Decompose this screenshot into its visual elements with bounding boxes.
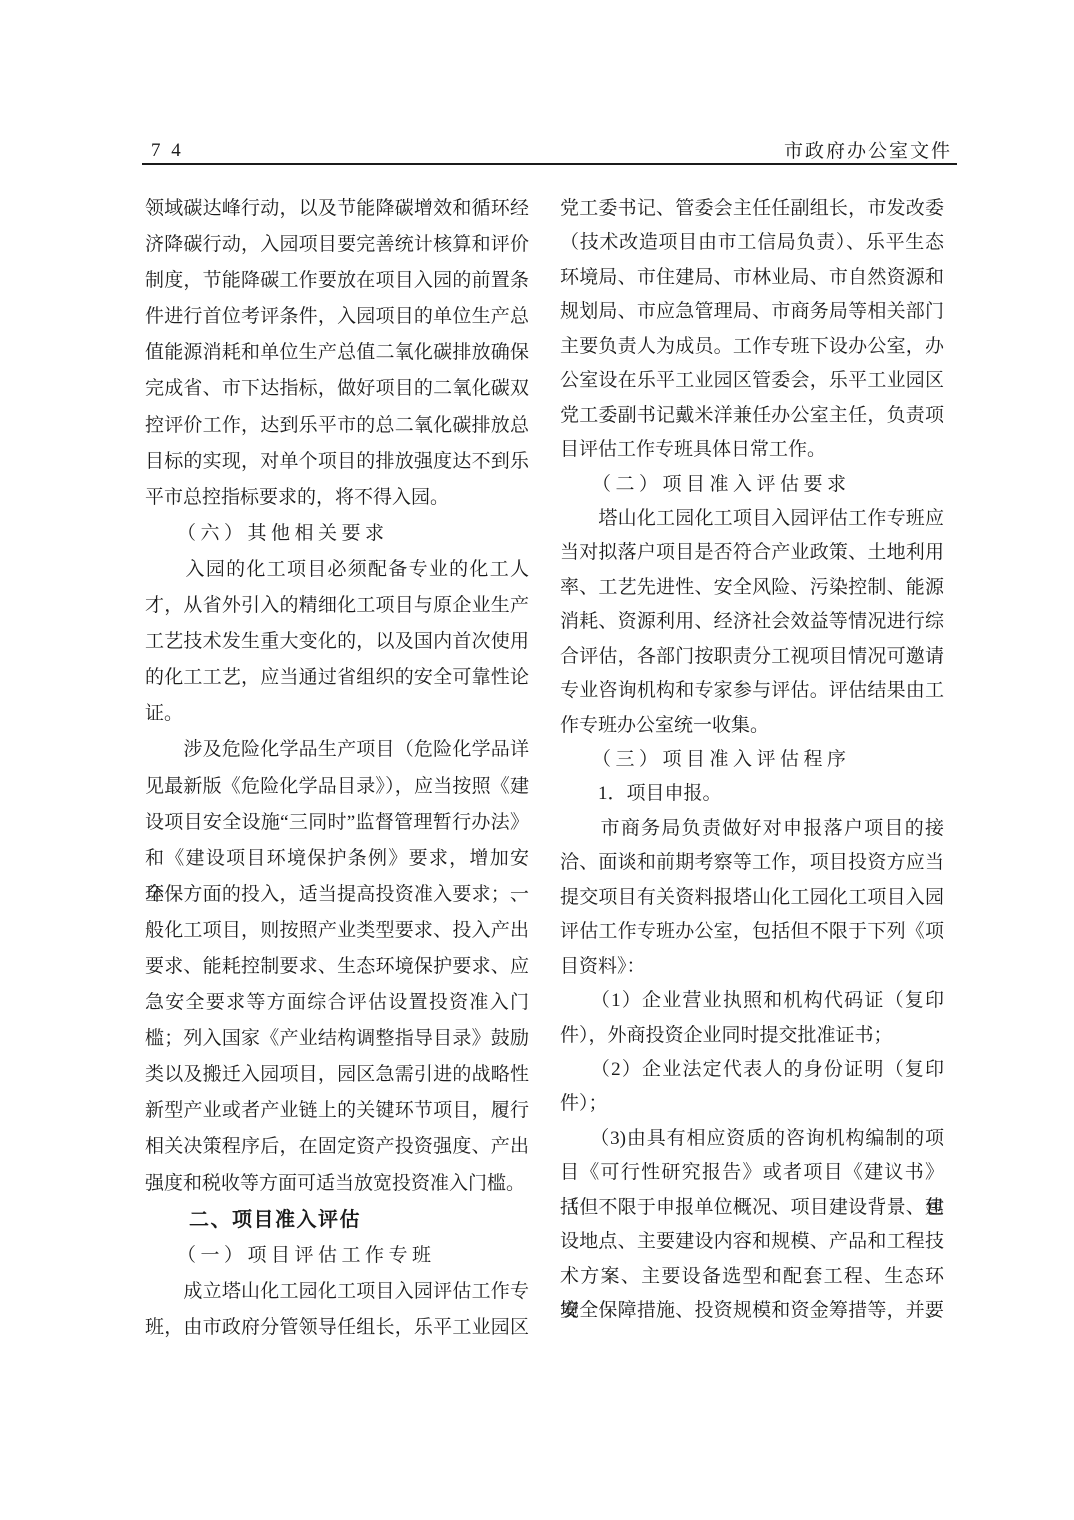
text-line: （一）项目评估工作专班 <box>145 1238 529 1274</box>
text-line: 见最新版《危险化学品目录》），应当按照《建 <box>145 769 529 805</box>
text-line: 控评价工作，达到乐平市的总二氧化碳排放总 <box>145 408 529 444</box>
text-line: 环境局、市住建局、市林业局、市自然资源和 <box>560 261 944 295</box>
text-line: （三）项目准入评估程序 <box>560 743 944 777</box>
text-line: 党工委副书记戴米洋兼任办公室主任，负责项 <box>560 399 944 433</box>
text-line: 当对拟落户项目是否符合产业政策、土地利用 <box>560 536 944 570</box>
text-line: 合评估，各部门按职责分工视项目情况可邀请 <box>560 640 944 674</box>
text-line: 值能源消耗和单位生产总值二氧化碳排放确保 <box>145 335 529 371</box>
text-line: 强度和税收等方面可适当放宽投资准入门槛。 <box>145 1166 529 1202</box>
text-line: 件）； <box>560 1087 944 1121</box>
text-line: 领域碳达峰行动，以及节能降碳增效和循环经 <box>145 191 529 227</box>
text-line: 规划局、市应急管理局、市商务局等相关部门 <box>560 295 944 329</box>
text-line: 平市总控指标要求的，将不得入园。 <box>145 480 529 516</box>
page-number: 7 4 <box>151 140 184 162</box>
text-line: 济降碳行动，入园项目要完善统计核算和评价 <box>145 227 529 263</box>
text-line: 和《建设项目环境保护条例》要求，增加安全、 <box>145 841 529 877</box>
text-line: 的化工工艺，应当通过省组织的安全可靠性论 <box>145 660 529 696</box>
text-line: 目标的实现，对单个项目的排放强度达不到乐 <box>145 444 529 480</box>
text-line: 公室设在乐平工业园区管委会，乐平工业园区 <box>560 364 944 398</box>
header-rule <box>142 163 957 165</box>
text-line: 制度，节能降碳工作要放在项目入园的前置条 <box>145 263 529 299</box>
text-line: 入园的化工项目必须配备专业的化工人 <box>145 552 529 588</box>
text-line: 完成省、市下达指标，做好项目的二氧化碳双 <box>145 371 529 407</box>
text-line: 评估工作专班办公室，包括但不限于下列《项 <box>560 915 944 949</box>
text-line: 括但不限于申报单位概况、项目建设背景、建 <box>560 1191 944 1225</box>
text-line: 设地点、主要建设内容和规模、产品和工程技 <box>560 1225 944 1259</box>
text-line: 才，从省外引入的精细化工项目与原企业生产 <box>145 588 529 624</box>
text-line: 般化工项目，则按照产业类型要求、投入产出 <box>145 913 529 949</box>
text-line: 件），外商投资企业同时提交批准证书； <box>560 1019 944 1053</box>
text-line: 二、项目准入评估 <box>145 1202 529 1238</box>
header-title: 市政府办公室文件 <box>784 136 952 163</box>
text-line: 洽、面谈和前期考察等工作，项目投资方应当 <box>560 846 944 880</box>
text-line: 塔山化工园化工项目入园评估工作专班应 <box>560 502 944 536</box>
text-line: 党工委书记、管委会主任任副组长，市发改委 <box>560 192 944 226</box>
text-line: （3)由具有相应资质的咨询机构编制的项 <box>560 1122 944 1156</box>
text-line: 件进行首位考评条件，入园项目的单位生产总 <box>145 299 529 335</box>
text-line: 要求、能耗控制要求、生态环境保护要求、应 <box>145 949 529 985</box>
text-line: 目评估工作专班具体日常工作。 <box>560 433 944 467</box>
text-line: 证。 <box>145 696 529 732</box>
text-line: （2）企业法定代表人的身份证明（复印 <box>560 1053 944 1087</box>
text-line: 成立塔山化工园化工项目入园评估工作专 <box>145 1274 529 1310</box>
text-line: 提交项目有关资料报塔山化工园化工项目入园 <box>560 881 944 915</box>
document-page: 7 4 市政府办公室文件 领域碳达峰行动，以及节能降碳增效和循环经济降碳行动，入… <box>0 0 1074 1520</box>
text-line: （技术改造项目由市工信局负责）、乐平生态 <box>560 226 944 260</box>
text-line: （二）项目准入评估要求 <box>560 468 944 502</box>
text-line: 设项目安全设施“三同时”监督管理暂行办法》 <box>145 805 529 841</box>
text-line: 1．项目申报。 <box>560 777 944 811</box>
text-line: 工艺技术发生重大变化的，以及国内首次使用 <box>145 624 529 660</box>
text-line: 急安全要求等方面综合评估设置投资准入门 <box>145 985 529 1021</box>
text-line: 相关决策程序后，在固定资产投资强度、产出 <box>145 1129 529 1165</box>
text-line: 目《可行性研究报告》或者项目《建议书》（包 <box>560 1156 944 1190</box>
text-line: 市商务局负责做好对申报落户项目的接 <box>560 812 944 846</box>
text-line: 类以及搬迁入园项目，园区急需引进的战略性 <box>145 1057 529 1093</box>
text-line: 涉及危险化学品生产项目（危险化学品详 <box>145 732 529 768</box>
text-line: 安全保障措施、投资规模和资金筹措等，并要 <box>560 1294 944 1328</box>
text-line: 班，由市政府分管领导任组长，乐平工业园区 <box>145 1310 529 1346</box>
text-column-left: 领域碳达峰行动，以及节能降碳增效和循环经济降碳行动，入园项目要完善统计核算和评价… <box>145 191 529 1346</box>
text-line: 主要负责人为成员。工作专班下设办公室，办 <box>560 330 944 364</box>
text-line: （1）企业营业执照和机构代码证（复印 <box>560 984 944 1018</box>
text-line: 消耗、资源利用、经济社会效益等情况进行综 <box>560 605 944 639</box>
text-line: 专业咨询机构和专家参与评估。评估结果由工 <box>560 674 944 708</box>
text-line: （六）其他相关要求 <box>145 516 529 552</box>
text-line: 环保方面的投入，适当提高投资准入要求；一 <box>145 877 529 913</box>
text-column-right: 党工委书记、管委会主任任副组长，市发改委（技术改造项目由市工信局负责）、乐平生态… <box>560 192 944 1328</box>
text-line: 新型产业或者产业链上的关键环节项目，履行 <box>145 1093 529 1129</box>
text-line: 率、工艺先进性、安全风险、污染控制、能源 <box>560 571 944 605</box>
text-line: 目资料》： <box>560 950 944 984</box>
text-line: 术方案、主要设备选型和配套工程、生态环境、 <box>560 1260 944 1294</box>
text-line: 槛；列入国家《产业结构调整指导目录》鼓励 <box>145 1021 529 1057</box>
text-line: 作专班办公室统一收集。 <box>560 709 944 743</box>
